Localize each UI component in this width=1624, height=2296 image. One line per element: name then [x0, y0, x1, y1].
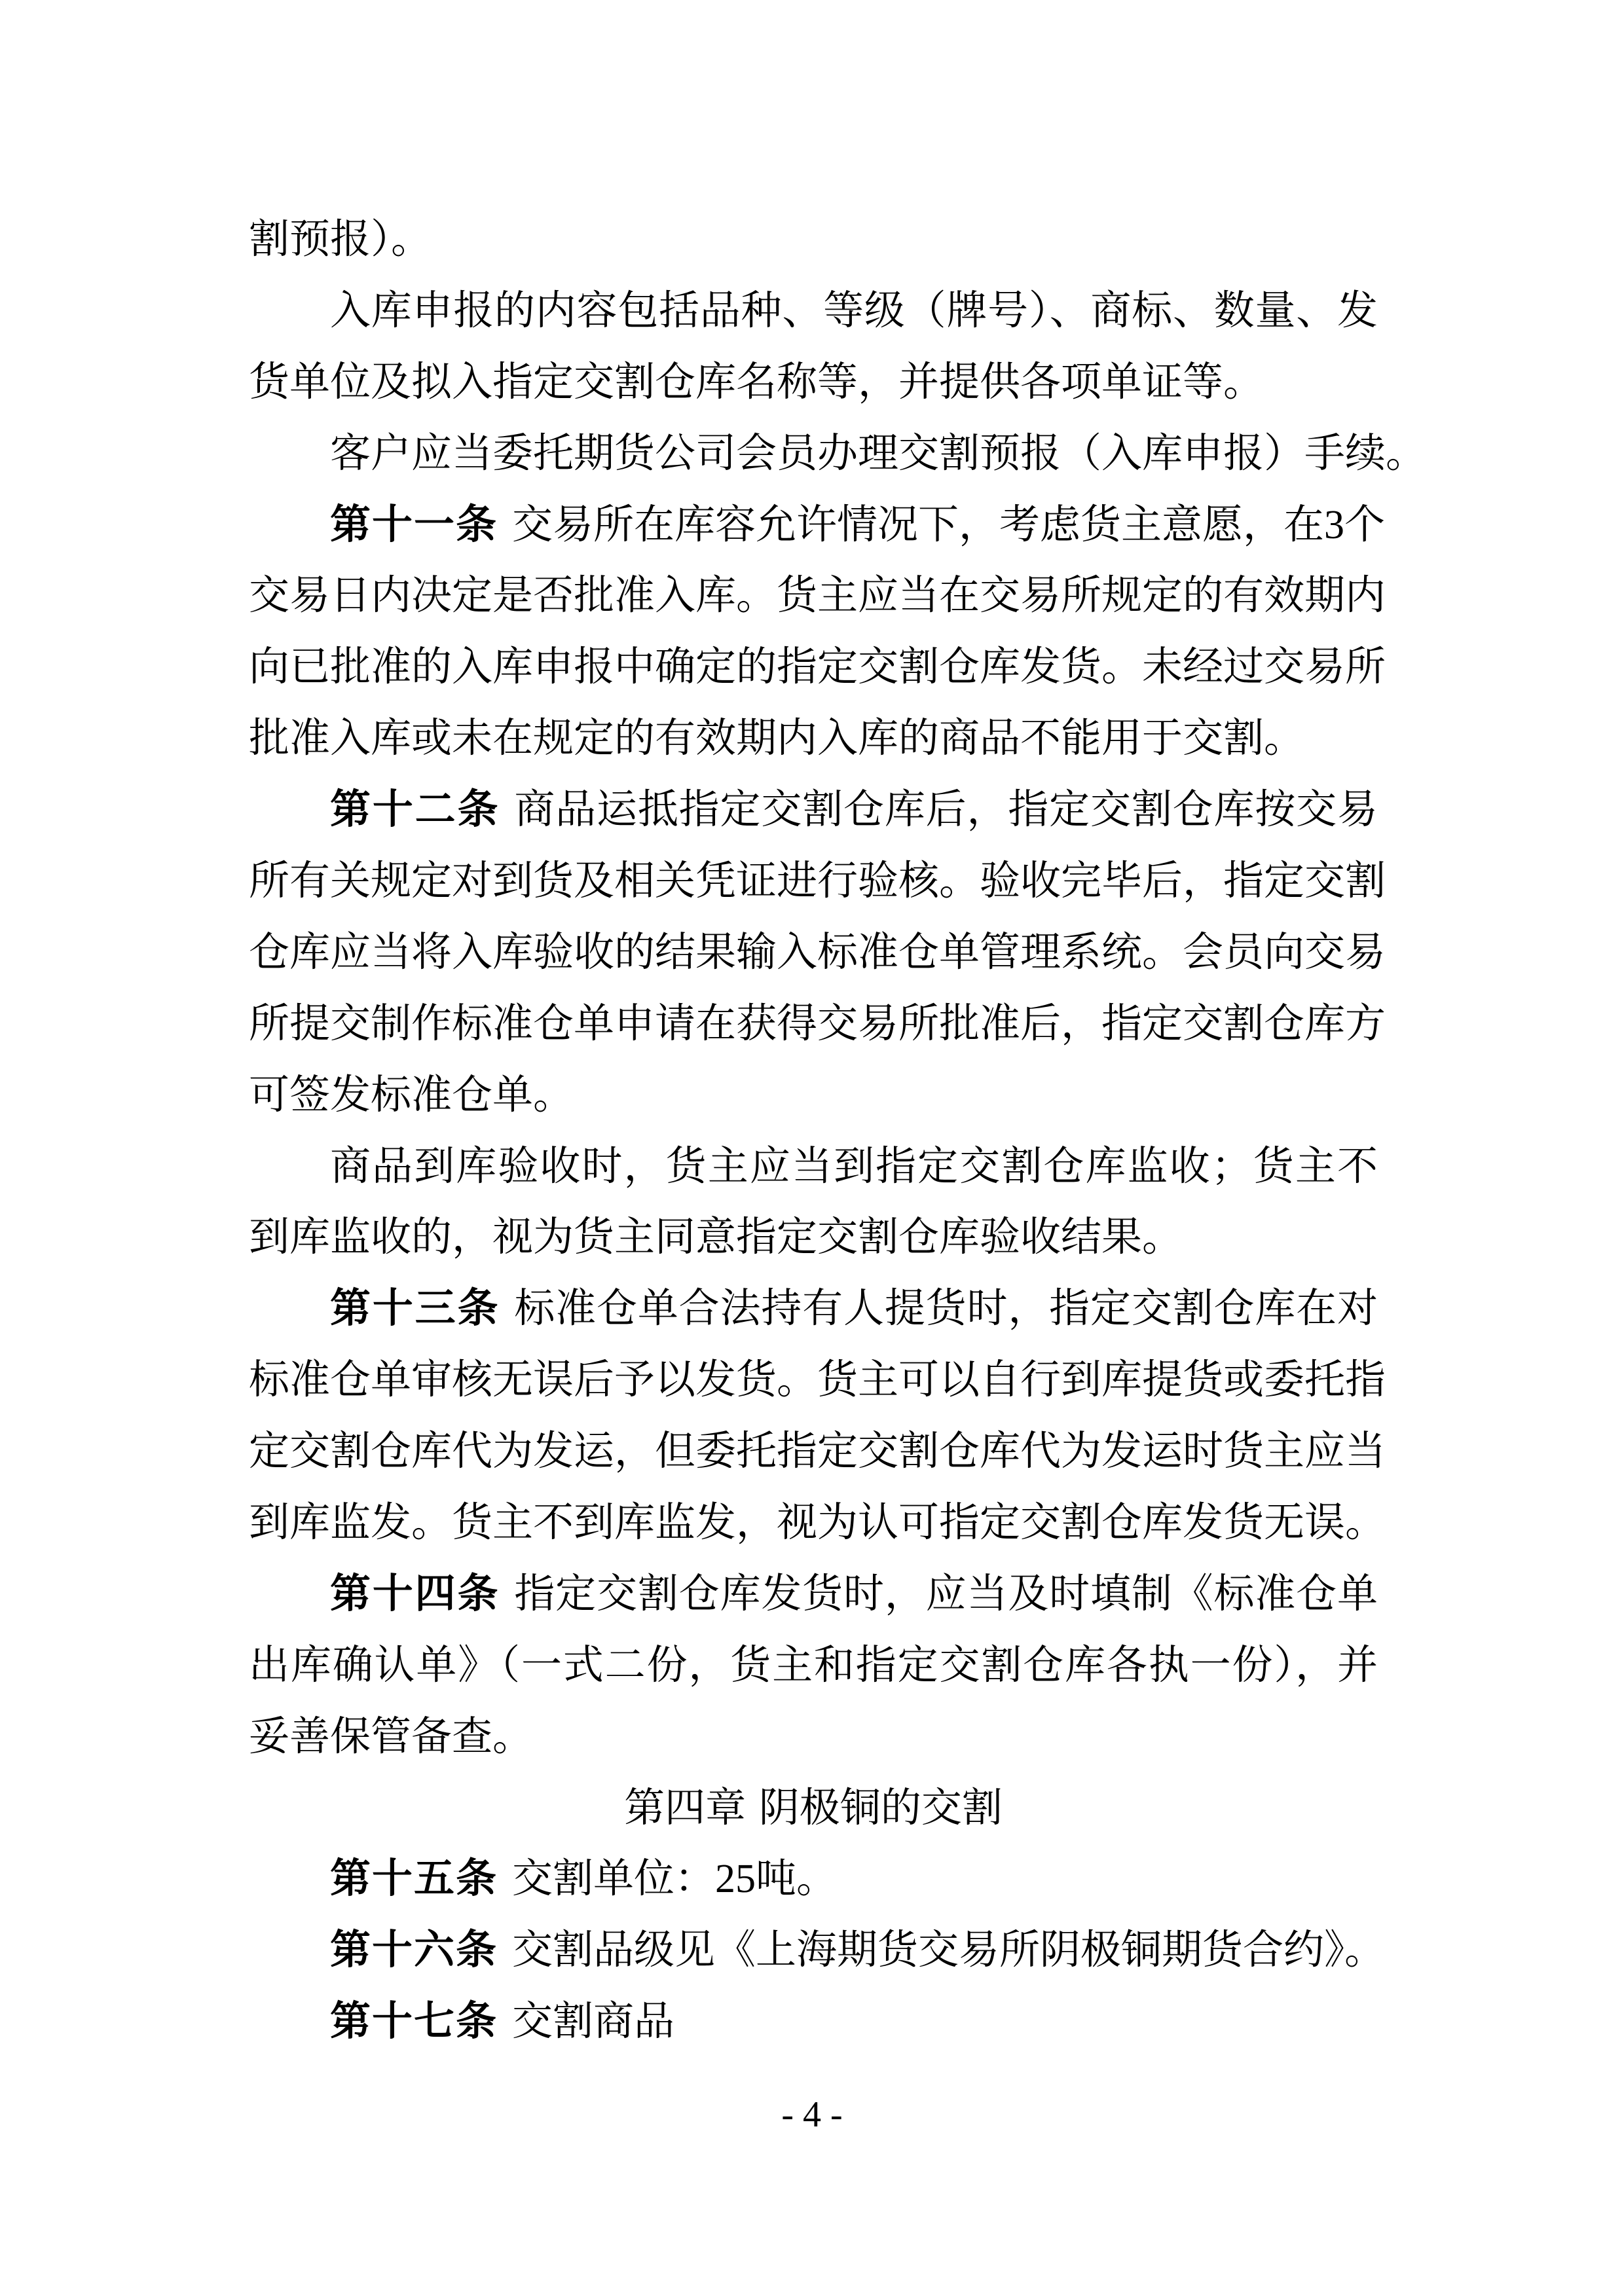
- article-label: 第十三条: [330, 1284, 500, 1332]
- paragraph-line: 商品到库验收时，货主应当到指定交割仓库监收；货主不: [249, 1131, 1378, 1202]
- article-text: 指定交割仓库发货时，应当及时填制《标准仓单: [514, 1569, 1378, 1617]
- paragraph-line: 所有关规定对到货及相关凭证进行验核。验收完毕后，指定交割: [249, 845, 1378, 917]
- article-text: 交割单位：: [512, 1854, 715, 1902]
- article-text: 交割品级见《上海期货交易所阴极铜期货合约》。: [512, 1925, 1385, 1973]
- article-number-value: 25: [715, 1857, 756, 1901]
- paragraph-line: 定交割仓库代为发运，但委托指定交割仓库代为发运时货主应当: [249, 1415, 1378, 1487]
- paragraph-line: 交易日内决定是否批准入库。货主应当在交易所规定的有效期内: [249, 560, 1378, 631]
- article-label: 第十五条: [330, 1854, 498, 1902]
- article-label: 第十六条: [330, 1925, 498, 1973]
- paragraph-line: 可签发标准仓单。: [249, 1059, 1378, 1131]
- paragraph-line: 到库监发。货主不到库监发，视为认可指定交割仓库发货无误。: [249, 1487, 1378, 1558]
- article-text: 商品运抵指定交割仓库后，指定交割仓库按交易: [514, 785, 1378, 833]
- article-label: 第十一条: [330, 500, 498, 548]
- paragraph-line: 到库监收的，视为货主同意指定交割仓库验收结果。: [249, 1201, 1378, 1273]
- paragraph-line: 向已批准的入库申报中确定的指定交割仓库发货。未经过交易所: [249, 631, 1378, 702]
- chapter-heading: 第四章 阴极铜的交割: [249, 1772, 1378, 1844]
- article-label: 第十二条: [330, 785, 500, 833]
- article-label: 第十四条: [330, 1569, 500, 1617]
- article-12-first-line: 第十二条商品运抵指定交割仓库后，指定交割仓库按交易: [249, 774, 1378, 845]
- article-14-first-line: 第十四条指定交割仓库发货时，应当及时填制《标准仓单: [249, 1558, 1378, 1630]
- article-17: 第十七条交割商品: [249, 1986, 1378, 2057]
- document-page: 割预报）。 入库申报的内容包括品种、等级（牌号）、商标、数量、发 货单位及拟入指…: [249, 204, 1378, 2057]
- paragraph-line: 仓库应当将入库验收的结果输入标准仓单管理系统。会员向交易: [249, 917, 1378, 988]
- paragraph-line: 客户应当委托期货公司会员办理交割预报（入库申报）手续。: [249, 418, 1378, 489]
- article-number-value: 3: [1324, 503, 1344, 547]
- article-11-first-line: 第十一条交易所在库容允许情况下，考虑货主意愿，在3个: [249, 489, 1378, 560]
- article-text: 个: [1344, 500, 1385, 548]
- article-text: 交易所在库容允许情况下，考虑货主意愿，在: [512, 500, 1324, 548]
- article-text: 吨。: [756, 1854, 837, 1902]
- paragraph-line: 标准仓单审核无误后予以发货。货主可以自行到库提货或委托指: [249, 1344, 1378, 1415]
- paragraph-line: 出库确认单》（一式二份，货主和指定交割仓库各执一份），并: [249, 1630, 1378, 1701]
- paragraph-line: 所提交制作标准仓单申请在获得交易所批准后，指定交割仓库方: [249, 988, 1378, 1059]
- article-15: 第十五条交割单位：25吨。: [249, 1843, 1378, 1914]
- article-text: 标准仓单合法持有人提货时，指定交割仓库在对: [514, 1284, 1378, 1332]
- article-13-first-line: 第十三条标准仓单合法持有人提货时，指定交割仓库在对: [249, 1273, 1378, 1344]
- article-16: 第十六条交割品级见《上海期货交易所阴极铜期货合约》。: [249, 1914, 1378, 1986]
- paragraph-line: 入库申报的内容包括品种、等级（牌号）、商标、数量、发: [249, 275, 1378, 346]
- article-label: 第十七条: [330, 1997, 498, 2045]
- paragraph-line: 妥善保管备查。: [249, 1701, 1378, 1772]
- paragraph-line: 批准入库或未在规定的有效期内入库的商品不能用于交割。: [249, 702, 1378, 774]
- article-text: 交割商品: [512, 1997, 674, 2045]
- page-number: - 4 -: [0, 2092, 1624, 2138]
- paragraph-line: 货单位及拟入指定交割仓库名称等，并提供各项单证等。: [249, 346, 1378, 418]
- paragraph-line: 割预报）。: [249, 204, 1378, 275]
